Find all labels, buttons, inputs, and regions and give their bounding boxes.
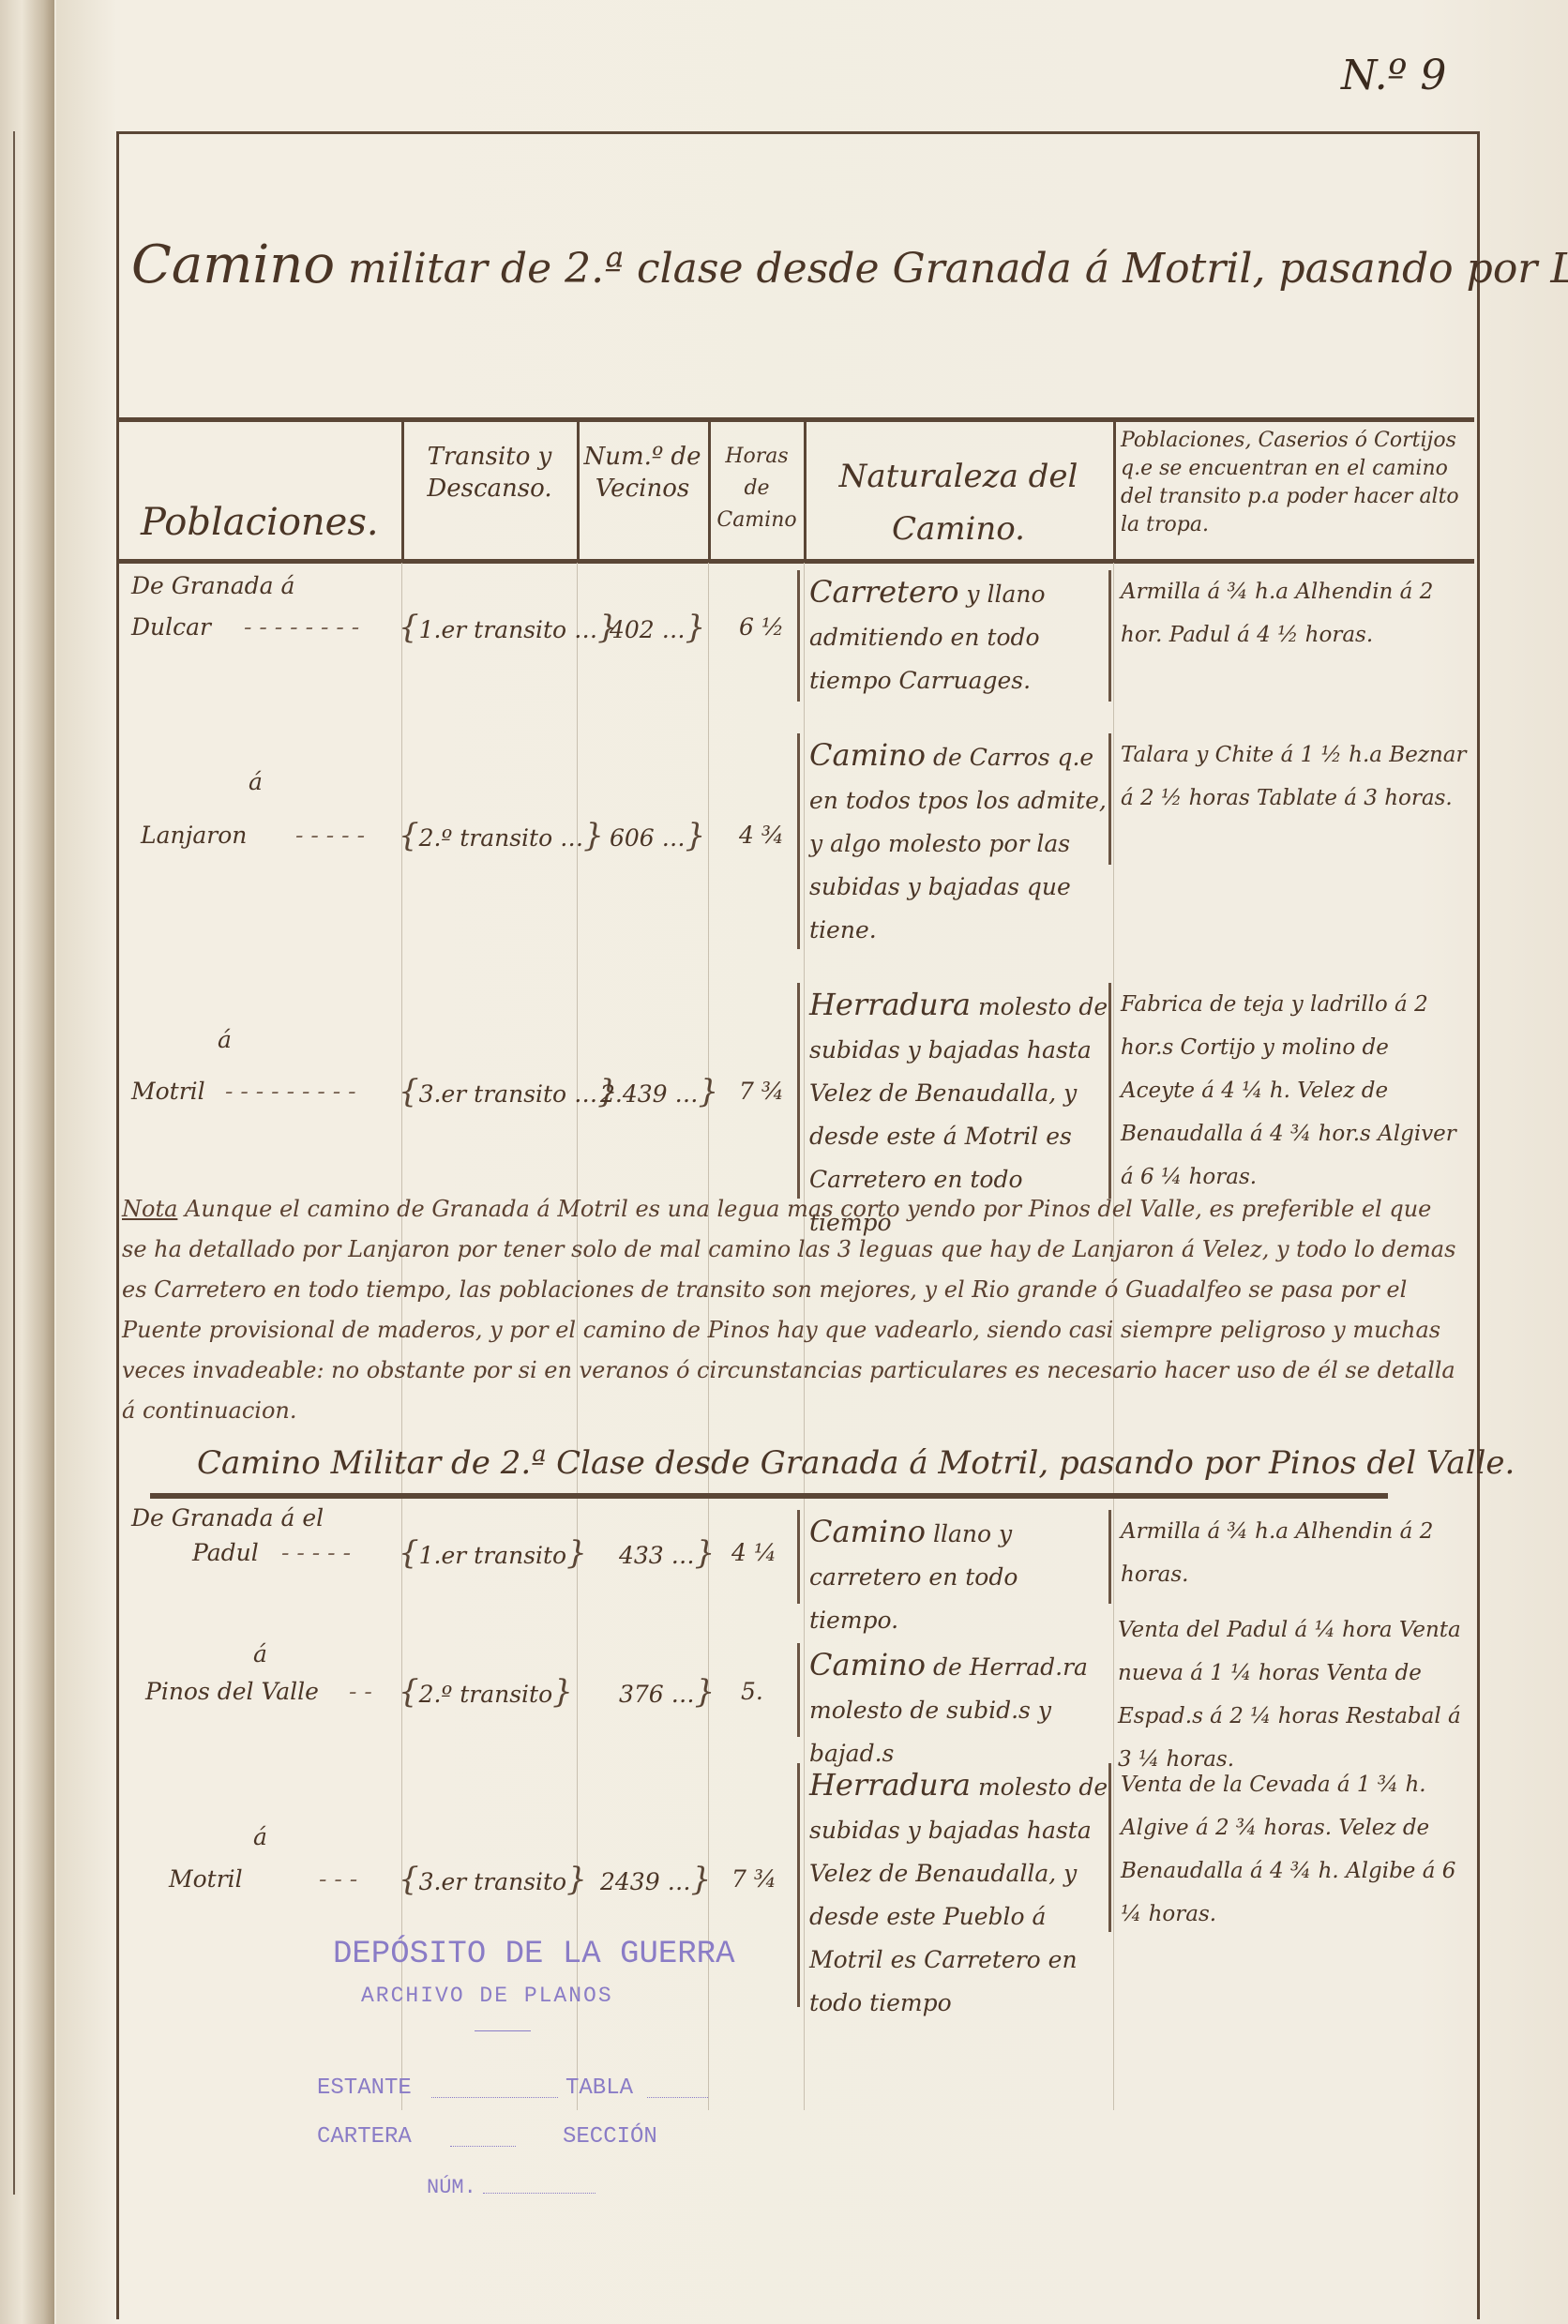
section2-title: Camino Militar de 2.ª Clase desde Granad…	[197, 1444, 1515, 1482]
row1-poblacion: Dulcar	[131, 610, 211, 645]
row1-horas: 6 ½	[739, 610, 784, 645]
s2-row3-vecinos-text: 2439	[600, 1868, 660, 1895]
s2-row2-vecinos-text: 376	[619, 1681, 664, 1708]
stamp-estante: ESTANTE	[317, 2075, 412, 2101]
col-divider-3	[708, 417, 711, 563]
row2-caserios: Talara y Chite á 1 ½ h.a Beznar á 2 ½ ho…	[1108, 733, 1468, 865]
row2-horas: 4 ¾	[739, 818, 784, 853]
row1-vecinos: 402 …}	[610, 610, 705, 648]
stamp-num-blank	[483, 2193, 596, 2195]
s2-row3-poblacion: Motril	[169, 1862, 243, 1897]
col-divider-5	[1113, 417, 1116, 563]
row3-leader: - - - - - - - - -	[225, 1074, 356, 1109]
s2-row1-naturaleza-lead: Camino	[809, 1514, 926, 1549]
row3-transito-text: 3.er transito	[419, 1080, 566, 1108]
section1-title: Camino militar de 2.ª clase desde Granad…	[131, 234, 1568, 295]
header-horas: Horas de Camino	[712, 441, 802, 536]
s2-row3-naturaleza-lead: Herradura	[809, 1767, 971, 1803]
row1-naturaleza: Carretero y llano admitiendo en todo tie…	[797, 570, 1109, 702]
stamp-cartera: CARTERA	[317, 2124, 412, 2150]
header-naturaleza: Naturaleza del Camino.	[807, 450, 1109, 555]
row2-leader: - - - - -	[295, 818, 365, 853]
s2-row1-vecinos-text: 433	[619, 1542, 664, 1569]
stamp-estante-blank	[431, 2097, 558, 2099]
s2-row2-caserios: Venta del Padul á ¼ hora Venta nueva á 1…	[1108, 1608, 1465, 1758]
s2-row1-leader: - - - - -	[281, 1535, 351, 1571]
s2-row3-transito-text: 3.er transito	[419, 1868, 566, 1895]
row3-vecinos-text: 2.439	[600, 1080, 668, 1108]
s2-row2-naturaleza-lead: Camino	[809, 1647, 926, 1683]
col-divider-1	[401, 417, 404, 563]
nota-label: Nota	[122, 1196, 177, 1222]
header-caserios: Poblaciones, Caserios ó Cortijos q.e se …	[1121, 427, 1468, 539]
row1-from-label: De Granada á	[131, 568, 294, 604]
s2-row1-caserios: Armilla á ¾ h.a Alhendin á 2 horas.	[1121, 1519, 1433, 1587]
row1-transito-text: 1.er transito	[419, 616, 566, 643]
row1-caserios: Armilla á ¾ h.a Alhendin á 2 hor. Padul …	[1108, 570, 1468, 702]
row3-from-label: á	[218, 1022, 232, 1058]
row2-transito: {2.º transito …}	[399, 818, 604, 856]
stamp-line2: ARCHIVO DE PLANOS	[361, 1984, 613, 2008]
section1-title-lead: Camino	[131, 234, 335, 295]
row3-vecinos: 2.439 …}	[600, 1074, 718, 1112]
s2-row2-transito: {2.º transito}	[399, 1674, 573, 1713]
row3-naturaleza-lead: Herradura	[809, 987, 971, 1022]
section2-underline	[150, 1493, 1388, 1499]
s2-row1-transito: {1.er transito}	[399, 1535, 587, 1574]
row2-naturaleza-rest: de Carros q.e en todos tpos los admite, …	[809, 744, 1107, 943]
stamp-tabla-blank	[647, 2097, 708, 2099]
header-transito: Transito y Descanso.	[405, 441, 574, 505]
s2-row2-leader: - -	[349, 1674, 372, 1710]
s2-row3-from-label: á	[253, 1819, 267, 1855]
s2-row3-caserios: Venta de la Cevada á 1 ¾ h. Algive á 2 ¾…	[1108, 1763, 1468, 1932]
s2-row1-vecinos: 433 …}	[619, 1535, 715, 1574]
s2-row2-naturaleza: Camino de Herrad.ra molesto de subid.s y…	[797, 1643, 1109, 1737]
s2-row2-from-label: á	[253, 1637, 267, 1672]
row2-from-label: á	[249, 764, 263, 800]
s2-row1-poblacion: Padul	[192, 1535, 259, 1571]
header-vecinos: Num.º de Vecinos	[580, 441, 704, 505]
section1-title-rest: militar de 2.ª clase desde Granada á Mot…	[348, 245, 1568, 293]
row2-transito-text: 2.º transito	[419, 824, 552, 852]
col-divider-2	[577, 417, 580, 563]
s2-row2-poblacion: Pinos del Valle	[145, 1674, 319, 1710]
row2-poblacion: Lanjaron	[141, 818, 247, 853]
page-number: N.º 9	[1341, 52, 1446, 99]
stamp-line1: DEPÓSITO DE LA GUERRA	[333, 1937, 734, 1972]
s2-row2-vecinos: 376 …}	[619, 1674, 715, 1713]
stamp-tabla: TABLA	[565, 2075, 633, 2101]
row1-leader: - - - - - - - -	[244, 610, 359, 645]
s2-row1-transito-text: 1.er transito	[419, 1542, 566, 1569]
row3-caserios: Fabrica de teja y ladrillo á 2 hor.s Cor…	[1108, 983, 1468, 1199]
spine-edge	[13, 131, 15, 2195]
book-spine	[0, 0, 54, 2324]
s2-row2-transito-text: 2.º transito	[419, 1681, 552, 1708]
header-bottom-rule	[116, 559, 1474, 564]
row1-naturaleza-lead: Carretero	[809, 574, 958, 610]
s2-row3-naturaleza: Herradura molesto de subidas y bajadas h…	[797, 1763, 1109, 2007]
header-poblaciones: Poblaciones.	[141, 506, 394, 538]
s2-row3-leader: - - -	[319, 1862, 357, 1897]
s2-row1-caserios-a: Armilla á ¾ h.a Alhendin á 2 horas.	[1108, 1510, 1468, 1604]
col-divider-4	[804, 417, 807, 563]
row1-vecinos-text: 402	[610, 616, 655, 643]
s2-row2-horas: 5.	[741, 1674, 763, 1710]
nota-paragraph: Nota Aunque el camino de Granada á Motri…	[122, 1189, 1463, 1431]
header-top-rule	[116, 417, 1474, 422]
row3-transito: {3.er transito …}	[399, 1074, 618, 1112]
stamp-divider	[475, 2030, 531, 2031]
s2-row1-horas: 4 ¼	[731, 1535, 776, 1571]
row2-vecinos: 606 …}	[610, 818, 705, 856]
row3-horas: 7 ¾	[739, 1074, 784, 1109]
s2-row3-naturaleza-rest: molesto de subidas y bajadas hasta Velez…	[809, 1773, 1108, 2016]
s2-row3-horas: 7 ¾	[731, 1862, 776, 1897]
stamp-num: NÚM.	[427, 2176, 476, 2199]
s2-row3-vecinos: 2439 …}	[600, 1862, 711, 1900]
s2-row1-from-label: De Granada á el	[131, 1501, 324, 1536]
s2-row3-transito: {3.er transito}	[399, 1862, 587, 1900]
stamp-cartera-blank	[450, 2146, 516, 2148]
row3-naturaleza: Herradura molesto de subidas y bajadas h…	[797, 983, 1109, 1199]
nota-text: Aunque el camino de Granada á Motril es …	[122, 1196, 1455, 1424]
row3-poblacion: Motril	[131, 1074, 205, 1109]
row2-naturaleza-lead: Camino	[809, 737, 926, 773]
row2-naturaleza: Camino de Carros q.e en todos tpos los a…	[797, 733, 1109, 949]
stamp-seccion: SECCIÓN	[563, 2124, 657, 2150]
row1-transito: {1.er transito …}	[399, 610, 618, 648]
row2-vecinos-text: 606	[610, 824, 655, 852]
s2-row1-naturaleza: Camino llano y carretero en todo tiempo.	[797, 1510, 1109, 1604]
